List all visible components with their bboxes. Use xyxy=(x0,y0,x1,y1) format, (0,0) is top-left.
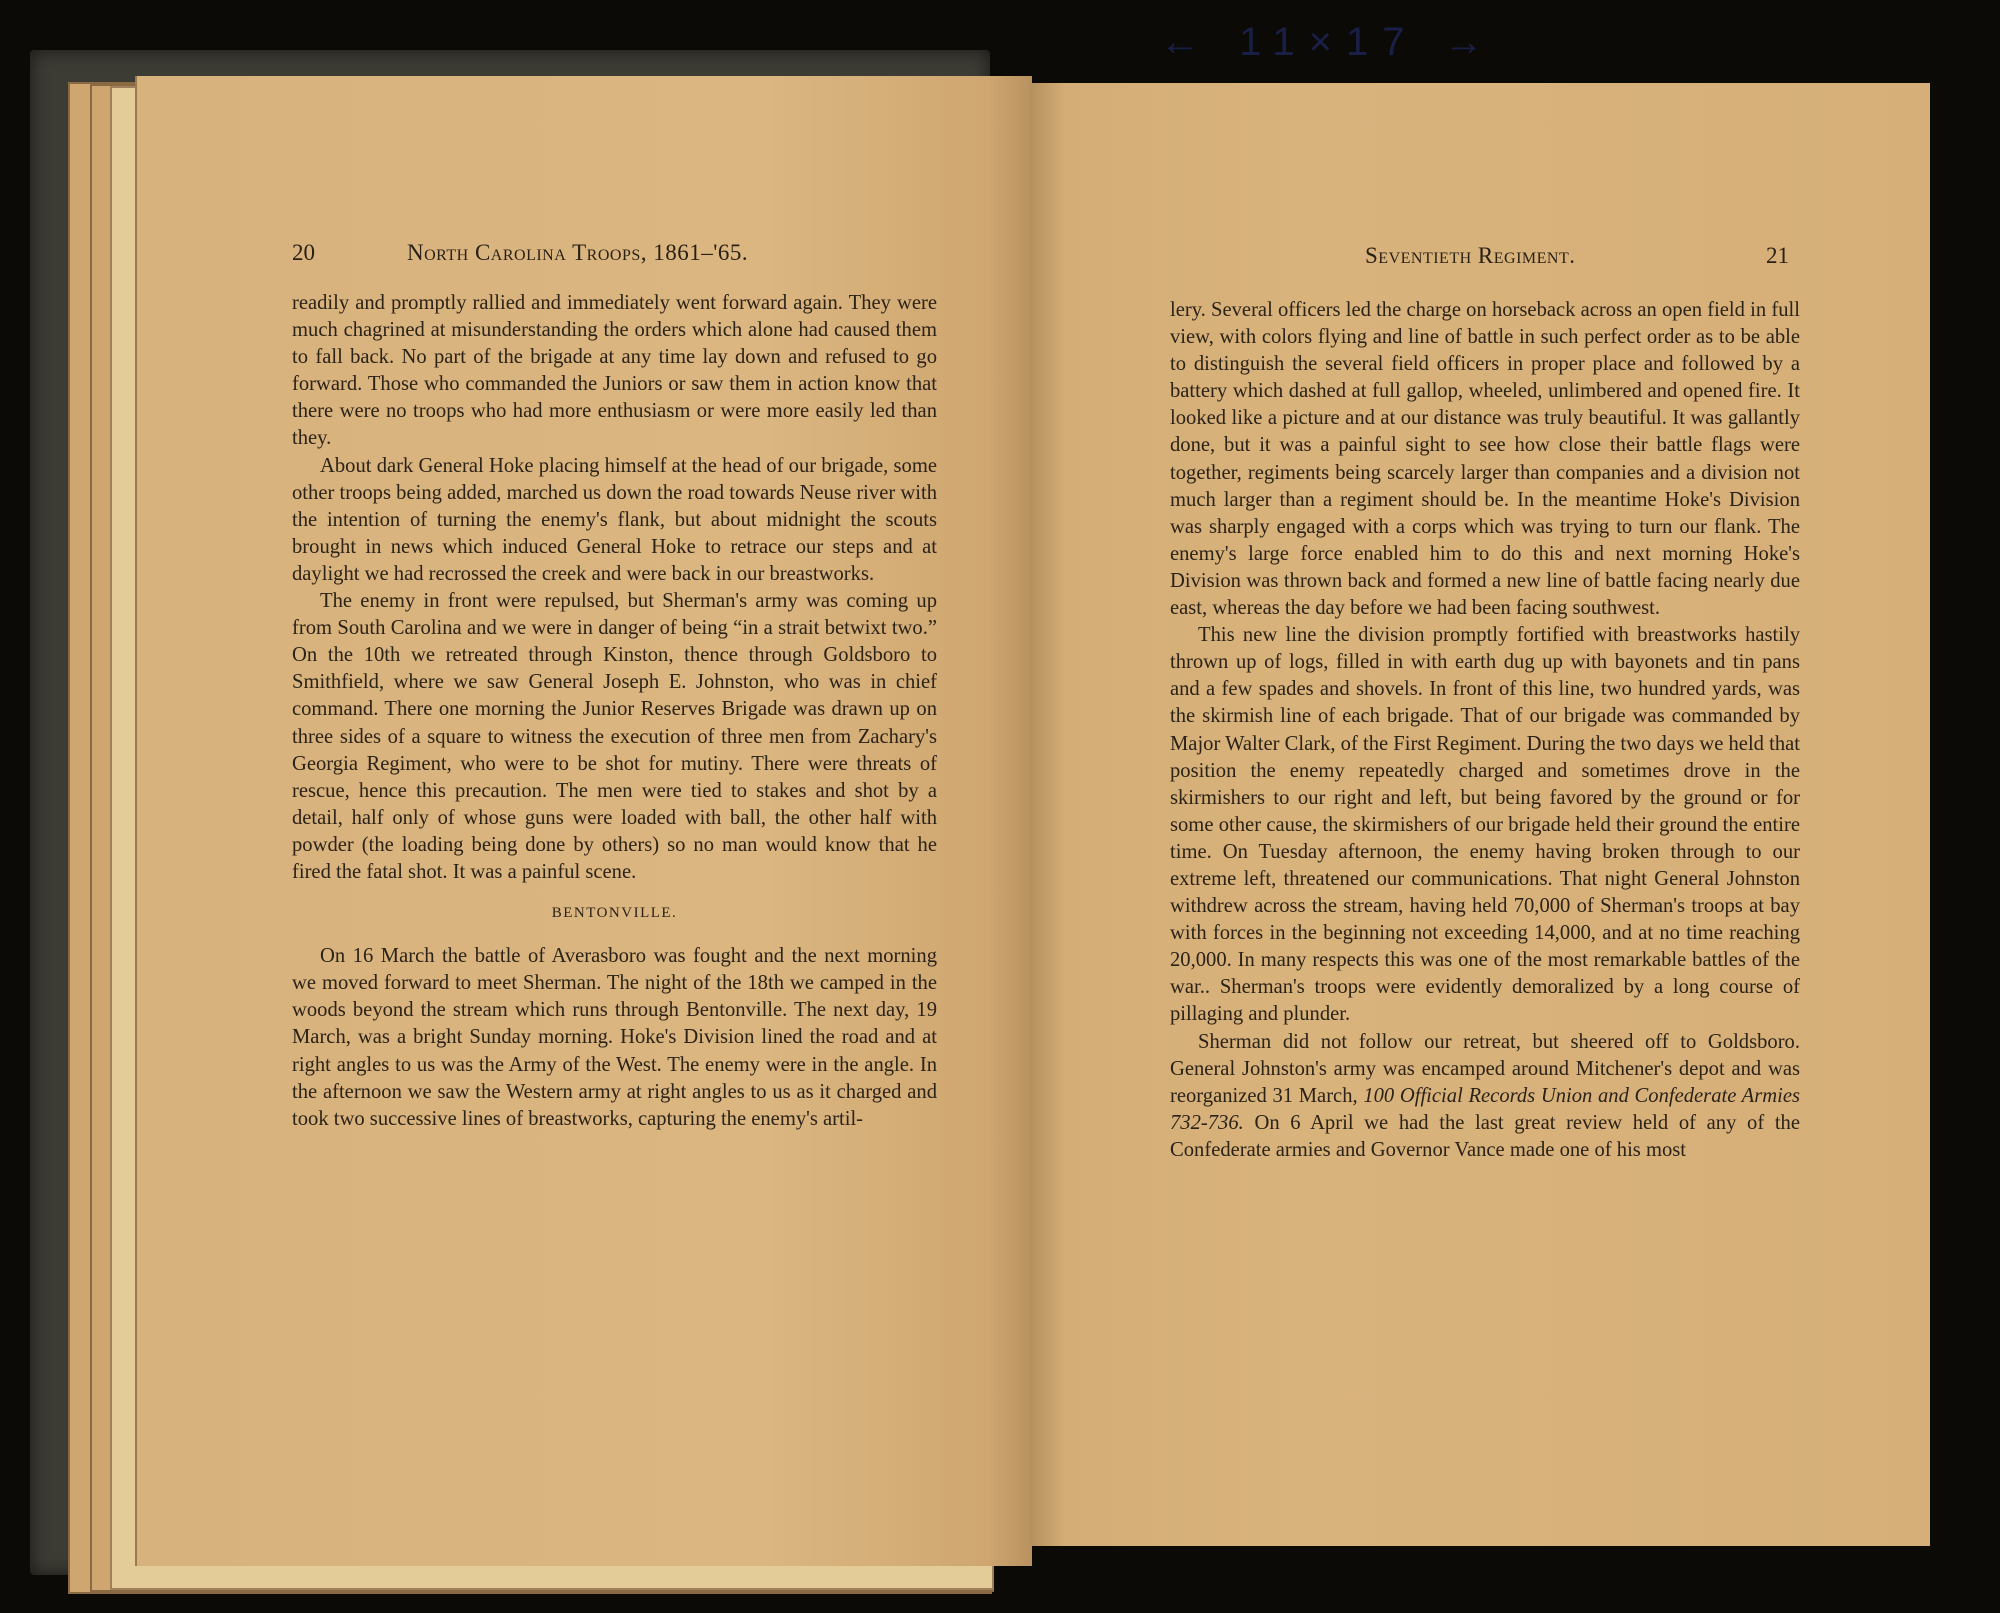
left-folio: 20 xyxy=(292,240,315,266)
section-heading: BENTONVILLE. xyxy=(292,900,937,927)
paragraph: The enemy in front were repulsed, but Sh… xyxy=(292,588,937,886)
right-page: Seventieth Regiment. 21 lery. Several of… xyxy=(1030,83,1930,1546)
right-folio: 21 xyxy=(1766,243,1789,269)
left-text-block: readily and promptly rallied and immedia… xyxy=(292,290,937,1133)
paragraph: This new line the division promptly fort… xyxy=(1170,622,1800,1028)
scan-ruler-mark: ← 11×17 → xyxy=(1160,20,1498,65)
paragraph: About dark General Hoke placing himself … xyxy=(292,453,937,588)
left-running-head: North Carolina Troops, 1861–'65. xyxy=(407,240,748,266)
paragraph: Sherman did not follow our retreat, but … xyxy=(1170,1029,1800,1164)
right-text-block: lery. Several officers led the charge on… xyxy=(1170,297,1800,1164)
paragraph-text: On 6 April we had the last great review … xyxy=(1170,1112,1800,1161)
left-page: 20 North Carolina Troops, 1861–'65. read… xyxy=(135,76,1032,1566)
paragraph: readily and promptly rallied and immedia… xyxy=(292,290,937,453)
paragraph: lery. Several officers led the charge on… xyxy=(1170,297,1800,622)
paragraph: On 16 March the battle of Averasboro was… xyxy=(292,943,937,1133)
right-running-head: Seventieth Regiment. xyxy=(1365,243,1575,269)
